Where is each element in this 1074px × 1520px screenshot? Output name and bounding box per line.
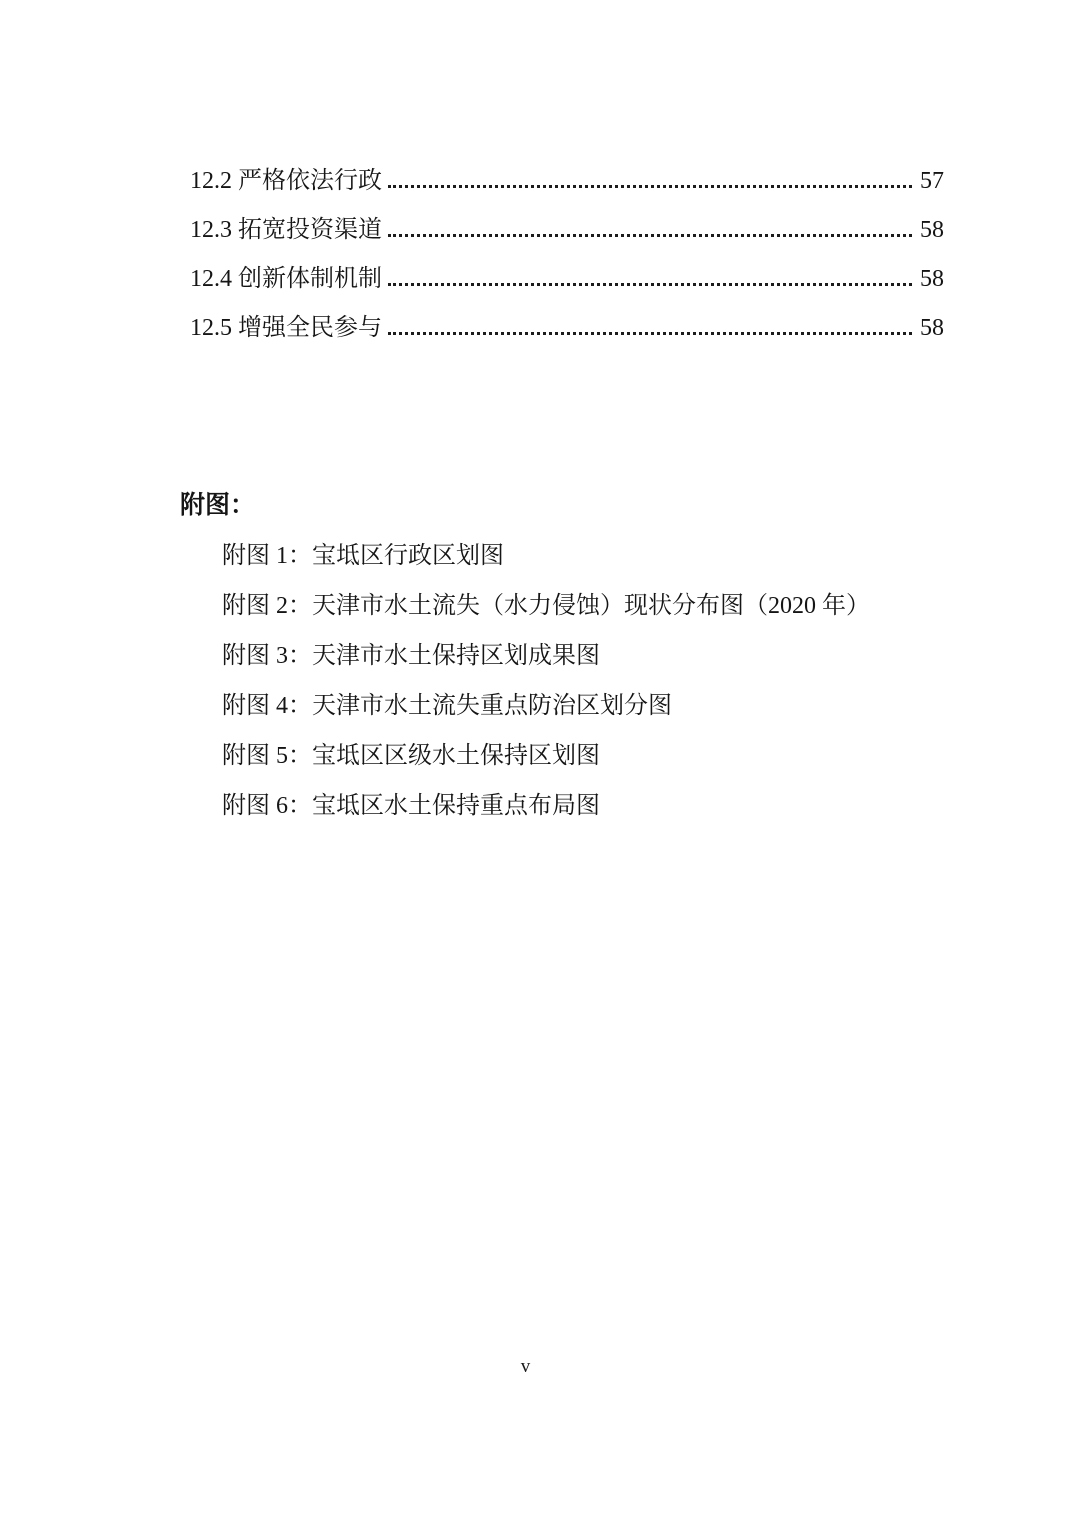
toc-entry-page-number: 58	[916, 206, 944, 255]
toc-entry-label: 12.4 创新体制机制	[190, 255, 382, 304]
toc-entry-page-number: 58	[916, 255, 944, 304]
toc-entry-page-number: 58	[916, 304, 944, 353]
figures-heading: 附图：	[180, 481, 944, 531]
toc-dot-leader	[388, 234, 912, 237]
figure-list-item: 附图 6：宝坻区水土保持重点布局图	[222, 781, 944, 831]
page-content: 12.2 严格依法行政 57 12.3 拓宽投资渠道 58 12.4 创新体制机…	[180, 157, 944, 831]
toc-dot-leader	[388, 185, 912, 188]
toc-entry: 12.3 拓宽投资渠道 58	[190, 206, 944, 255]
toc-entry: 12.4 创新体制机制 58	[190, 255, 944, 304]
toc-dot-leader	[388, 283, 912, 286]
figures-section: 附图： 附图 1：宝坻区行政区划图 附图 2：天津市水土流失（水力侵蚀）现状分布…	[180, 481, 944, 831]
page-number: v	[0, 1356, 1051, 1378]
toc-entry-page-number: 57	[916, 157, 944, 206]
figure-list: 附图 1：宝坻区行政区划图 附图 2：天津市水土流失（水力侵蚀）现状分布图（20…	[180, 531, 944, 831]
toc-entry-label: 12.5 增强全民参与	[190, 304, 382, 353]
figure-list-item: 附图 4：天津市水土流失重点防治区划分图	[222, 681, 944, 731]
toc-dot-leader	[388, 332, 912, 335]
toc-entry-label: 12.2 严格依法行政	[190, 157, 382, 206]
toc-section: 12.2 严格依法行政 57 12.3 拓宽投资渠道 58 12.4 创新体制机…	[180, 157, 944, 353]
document-page: 12.2 严格依法行政 57 12.3 拓宽投资渠道 58 12.4 创新体制机…	[0, 0, 1074, 1520]
toc-entry: 12.2 严格依法行政 57	[190, 157, 944, 206]
toc-entry: 12.5 增强全民参与 58	[190, 304, 944, 353]
figure-list-item: 附图 3：天津市水土保持区划成果图	[222, 631, 944, 681]
figure-list-item: 附图 5：宝坻区区级水土保持区划图	[222, 731, 944, 781]
figure-list-item: 附图 1：宝坻区行政区划图	[222, 531, 944, 581]
toc-entry-label: 12.3 拓宽投资渠道	[190, 206, 382, 255]
figure-list-item: 附图 2：天津市水土流失（水力侵蚀）现状分布图（2020 年）	[222, 581, 944, 631]
